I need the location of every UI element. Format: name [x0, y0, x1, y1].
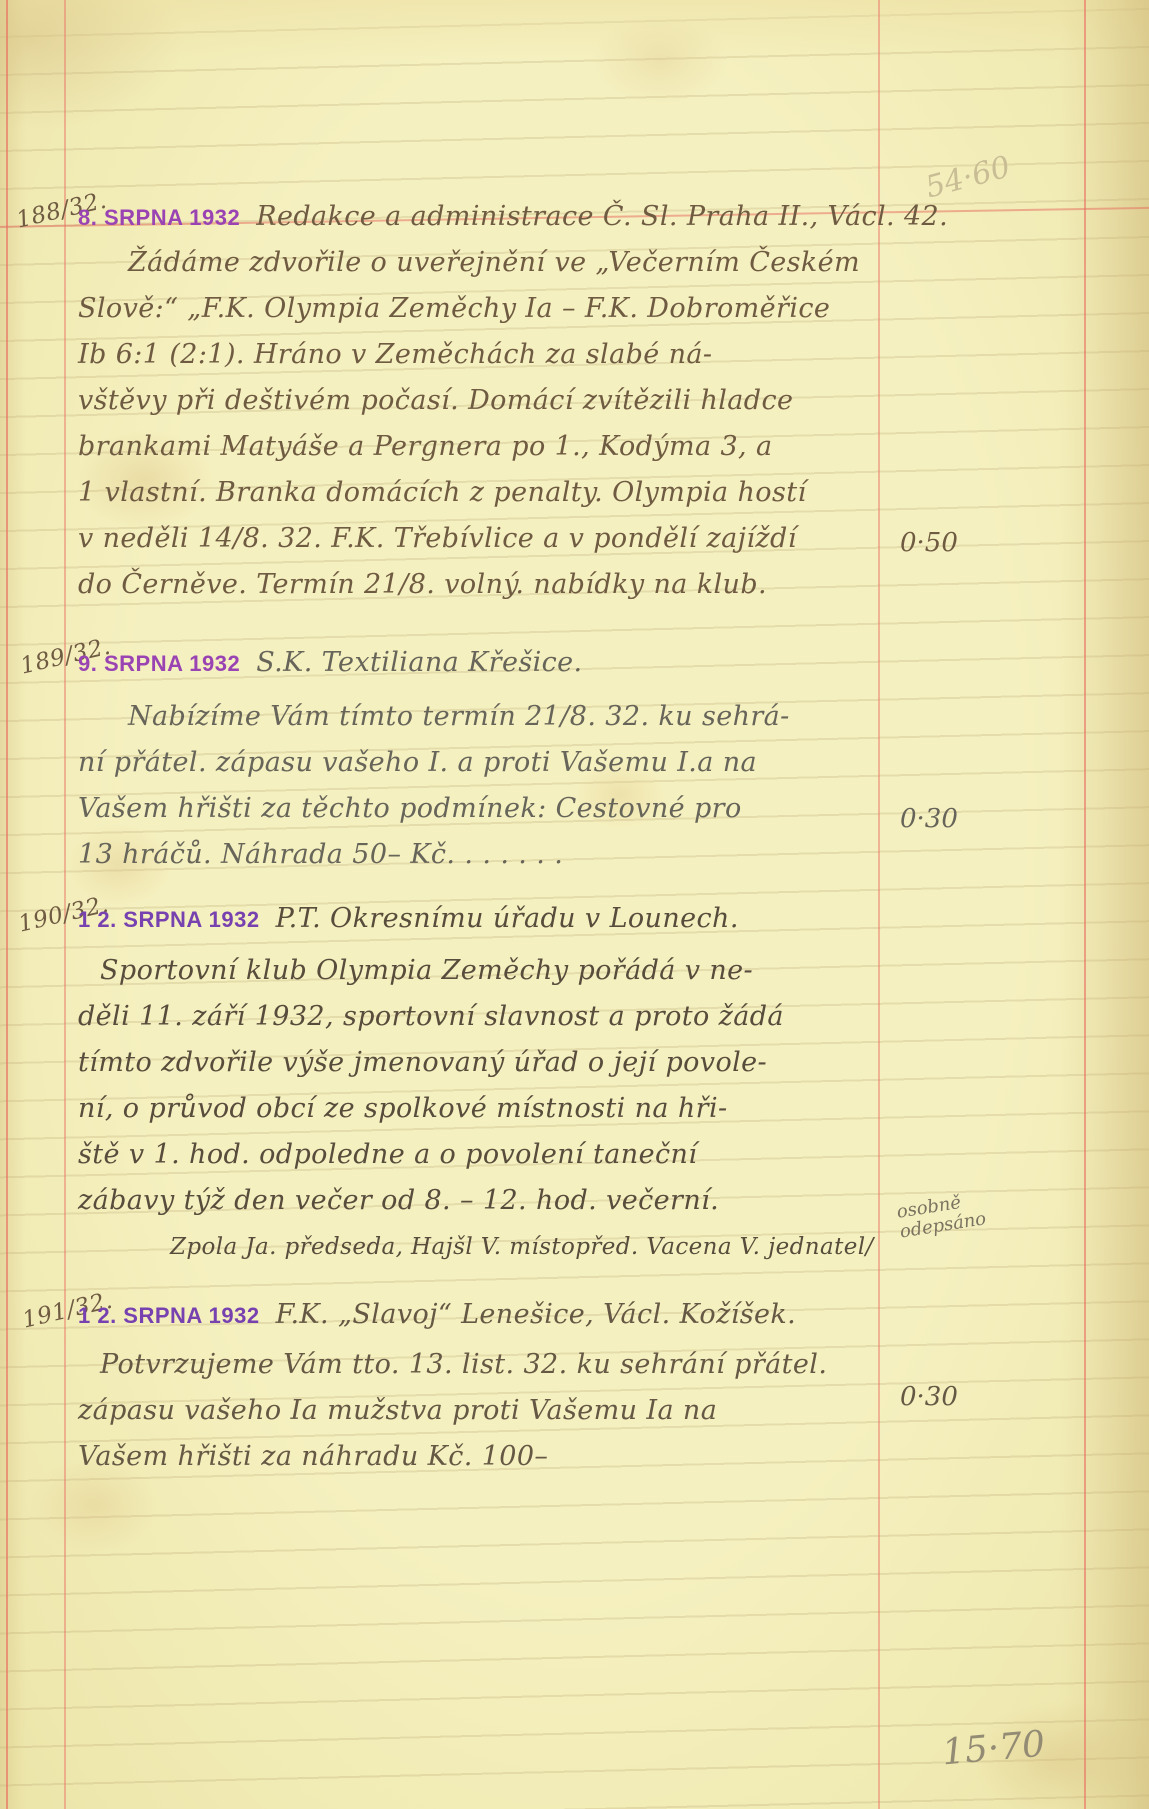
entry-line: ště v 1. hod. odpoledne a o povolení tan… [78, 1132, 1059, 1178]
entry-189: 9. SRPNA 1932 S.K. Textiliana Křešice. N… [78, 640, 1059, 878]
entry-heading: P.T. Okresnímu úřadu v Lounech. [276, 896, 739, 942]
entry-line: zábavy týž den večer od 8. – 12. hod. ve… [78, 1178, 1059, 1224]
fee-amount: 0·30 [900, 1382, 958, 1412]
entry-line: Ib 6:1 (2:1). Hráno v Zeměchách za slabé… [78, 332, 1059, 378]
entry-heading: F.K. „Slavoj“ Lenešice, Václ. Kožíšek. [276, 1292, 797, 1338]
entry-line: vštěvy při deštivém počasí. Domácí zvítě… [78, 378, 1059, 424]
date-stamp: 9. SRPNA 1932 [78, 641, 240, 687]
entry-number: 188/32. [14, 192, 88, 233]
entry-line: Sportovní klub Olympia Zeměchy pořádá v … [78, 948, 1059, 994]
entry-heading: S.K. Textiliana Křešice. [256, 640, 582, 686]
left-outer-margin-rule [6, 0, 8, 1809]
entry-line: Vašem hřišti za náhradu Kč. 100– [78, 1434, 1059, 1480]
date-stamp: 8. SRPNA 1932 [78, 195, 240, 241]
entry-190: 1 2. SRPNA 1932 P.T. Okresnímu úřadu v L… [78, 896, 1059, 1270]
entry-line: Nabízíme Vám tímto termín 21/8. 32. ku s… [78, 694, 1059, 740]
entry-line: ní, o průvod obcí ze spolkové místnosti … [78, 1086, 1059, 1132]
entry-signatures: Zpola Ja. předseda, Hajšl V. místopřed. … [78, 1224, 1059, 1270]
pencil-total-bottom: 15·70 [940, 1724, 1046, 1774]
entry-line: Žádáme zdvořile o uveřejnění ve „Večerní… [78, 240, 1059, 286]
entry-line: Slově:“ „F.K. Olympia Zeměchy Ia – F.K. … [78, 286, 1059, 332]
entry-line: do Černěve. Termín 21/8. volný. nabídky … [78, 562, 1059, 608]
entry-line: brankami Matyáše a Pergnera po 1., Kodým… [78, 424, 1059, 470]
fee-amount: 0·50 [900, 528, 958, 558]
date-stamp: 1 2. SRPNA 1932 [78, 1293, 260, 1339]
fee-amount: 0·30 [900, 804, 958, 834]
entry-heading: Redakce a administrace Č. Sl. Praha II.,… [256, 194, 948, 240]
date-stamp: 1 2. SRPNA 1932 [78, 897, 260, 943]
entry-line: ní přátel. zápasu vašeho I. a proti Vaše… [78, 740, 1059, 786]
entry-line: 13 hráčů. Náhrada 50– Kč. . . . . . . [78, 832, 1059, 878]
entry-line: 1 vlastní. Branka domácích z penalty. Ol… [78, 470, 1059, 516]
ledger-page: 54·60 15·70 osobně odepsáno 188/32. 8. S… [0, 0, 1149, 1809]
right-margin-rule [1084, 0, 1086, 1809]
entry-line: tímto zdvořile výše jmenovaný úřad o jej… [78, 1040, 1059, 1086]
entry-line: děli 11. září 1932, sportovní slavnost a… [78, 994, 1059, 1040]
